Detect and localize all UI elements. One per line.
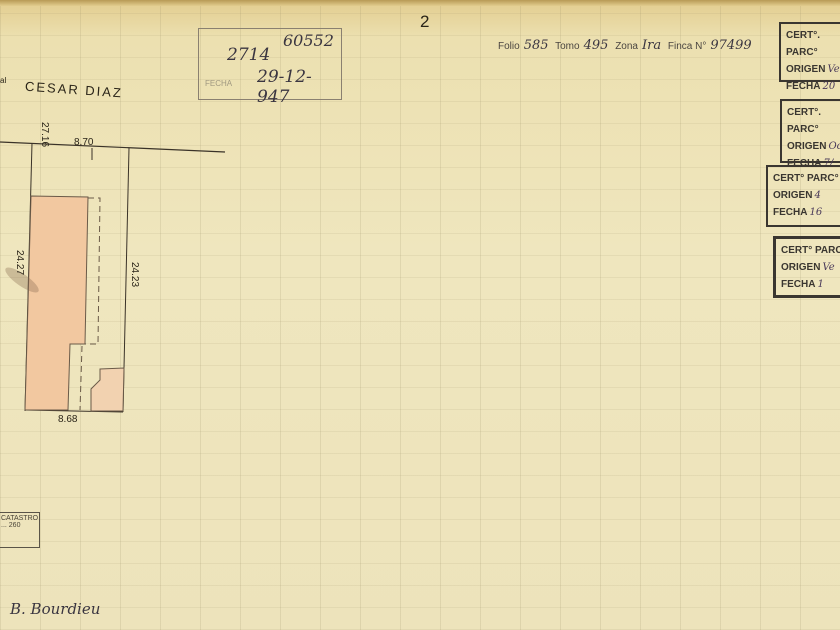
cert-origen-label: ORIGEN — [786, 64, 825, 75]
page-number: 2 — [420, 12, 429, 32]
tomo-value: 495 — [584, 38, 609, 53]
zona-label: Zona — [615, 41, 638, 52]
entry-number-top: 60552 — [283, 31, 334, 50]
cert-fecha-value: 20 — [822, 81, 835, 92]
cert-origen-value: Ve — [827, 64, 839, 75]
cert-origen-value: 4 — [814, 190, 820, 201]
dim-back: 8.68 — [58, 414, 77, 425]
zona-value: Ira — [642, 38, 661, 53]
folio-value: 585 — [524, 38, 549, 53]
cert-fecha-value: 16 — [809, 207, 822, 218]
cert-title: CERT°. PARC° — [787, 104, 840, 138]
registry-line: Folio585 Tomo495 ZonaIra Finca N°97499 — [498, 38, 756, 53]
cert-fecha-value: 1 — [817, 279, 823, 290]
cert-title: CERT° PARC° — [781, 242, 840, 259]
cert-title: CERT°. PARC° — [786, 27, 840, 61]
folio-label: Folio — [498, 41, 520, 52]
cadastre-stamp: CATASTRO ... 260 — [0, 512, 40, 548]
street-prefix: al — [0, 76, 6, 85]
finca-value: 97499 — [710, 38, 751, 53]
cert-title: CERT° PARC° — [773, 170, 840, 187]
dim-offset: 27.16 — [39, 122, 50, 147]
tomo-label: Tomo — [555, 41, 579, 52]
cert-origen-value: Oc — [828, 141, 840, 152]
finca-label: Finca N° — [668, 41, 706, 52]
plot-plan-drawing — [0, 0, 240, 430]
signature: B. Bourdieu — [10, 600, 100, 618]
cert-fecha-label: FECHA — [773, 207, 807, 218]
certificate-stamp-3: CERT° PARC° ORIGEN4 FECHA16 — [766, 165, 840, 227]
cert-fecha-label: FECHA — [781, 279, 815, 290]
certificate-stamp-4: CERT° PARC° ORIGENVe FECHA1 — [773, 236, 840, 298]
entry-date: 29-12-947 — [257, 67, 341, 107]
cert-origen-value: Ve — [822, 262, 834, 273]
dim-left: 24.27 — [14, 250, 25, 275]
cert-origen-label: ORIGEN — [773, 190, 812, 201]
dim-front: 8.70 — [74, 137, 93, 148]
cadastre-stamp-line2: ... 260 — [1, 522, 37, 529]
certificate-stamp-2: CERT°. PARC° ORIGENOc FECHA7/ — [780, 99, 840, 163]
dim-right: 24.23 — [129, 262, 140, 287]
certificate-stamp-1: CERT°. PARC° ORIGENVe FECHA20 — [779, 22, 840, 82]
cadastre-stamp-line1: CATASTRO — [1, 515, 37, 522]
cert-origen-label: ORIGEN — [781, 262, 820, 273]
cert-fecha-label: FECHA — [786, 81, 820, 92]
cert-origen-label: ORIGEN — [787, 141, 826, 152]
